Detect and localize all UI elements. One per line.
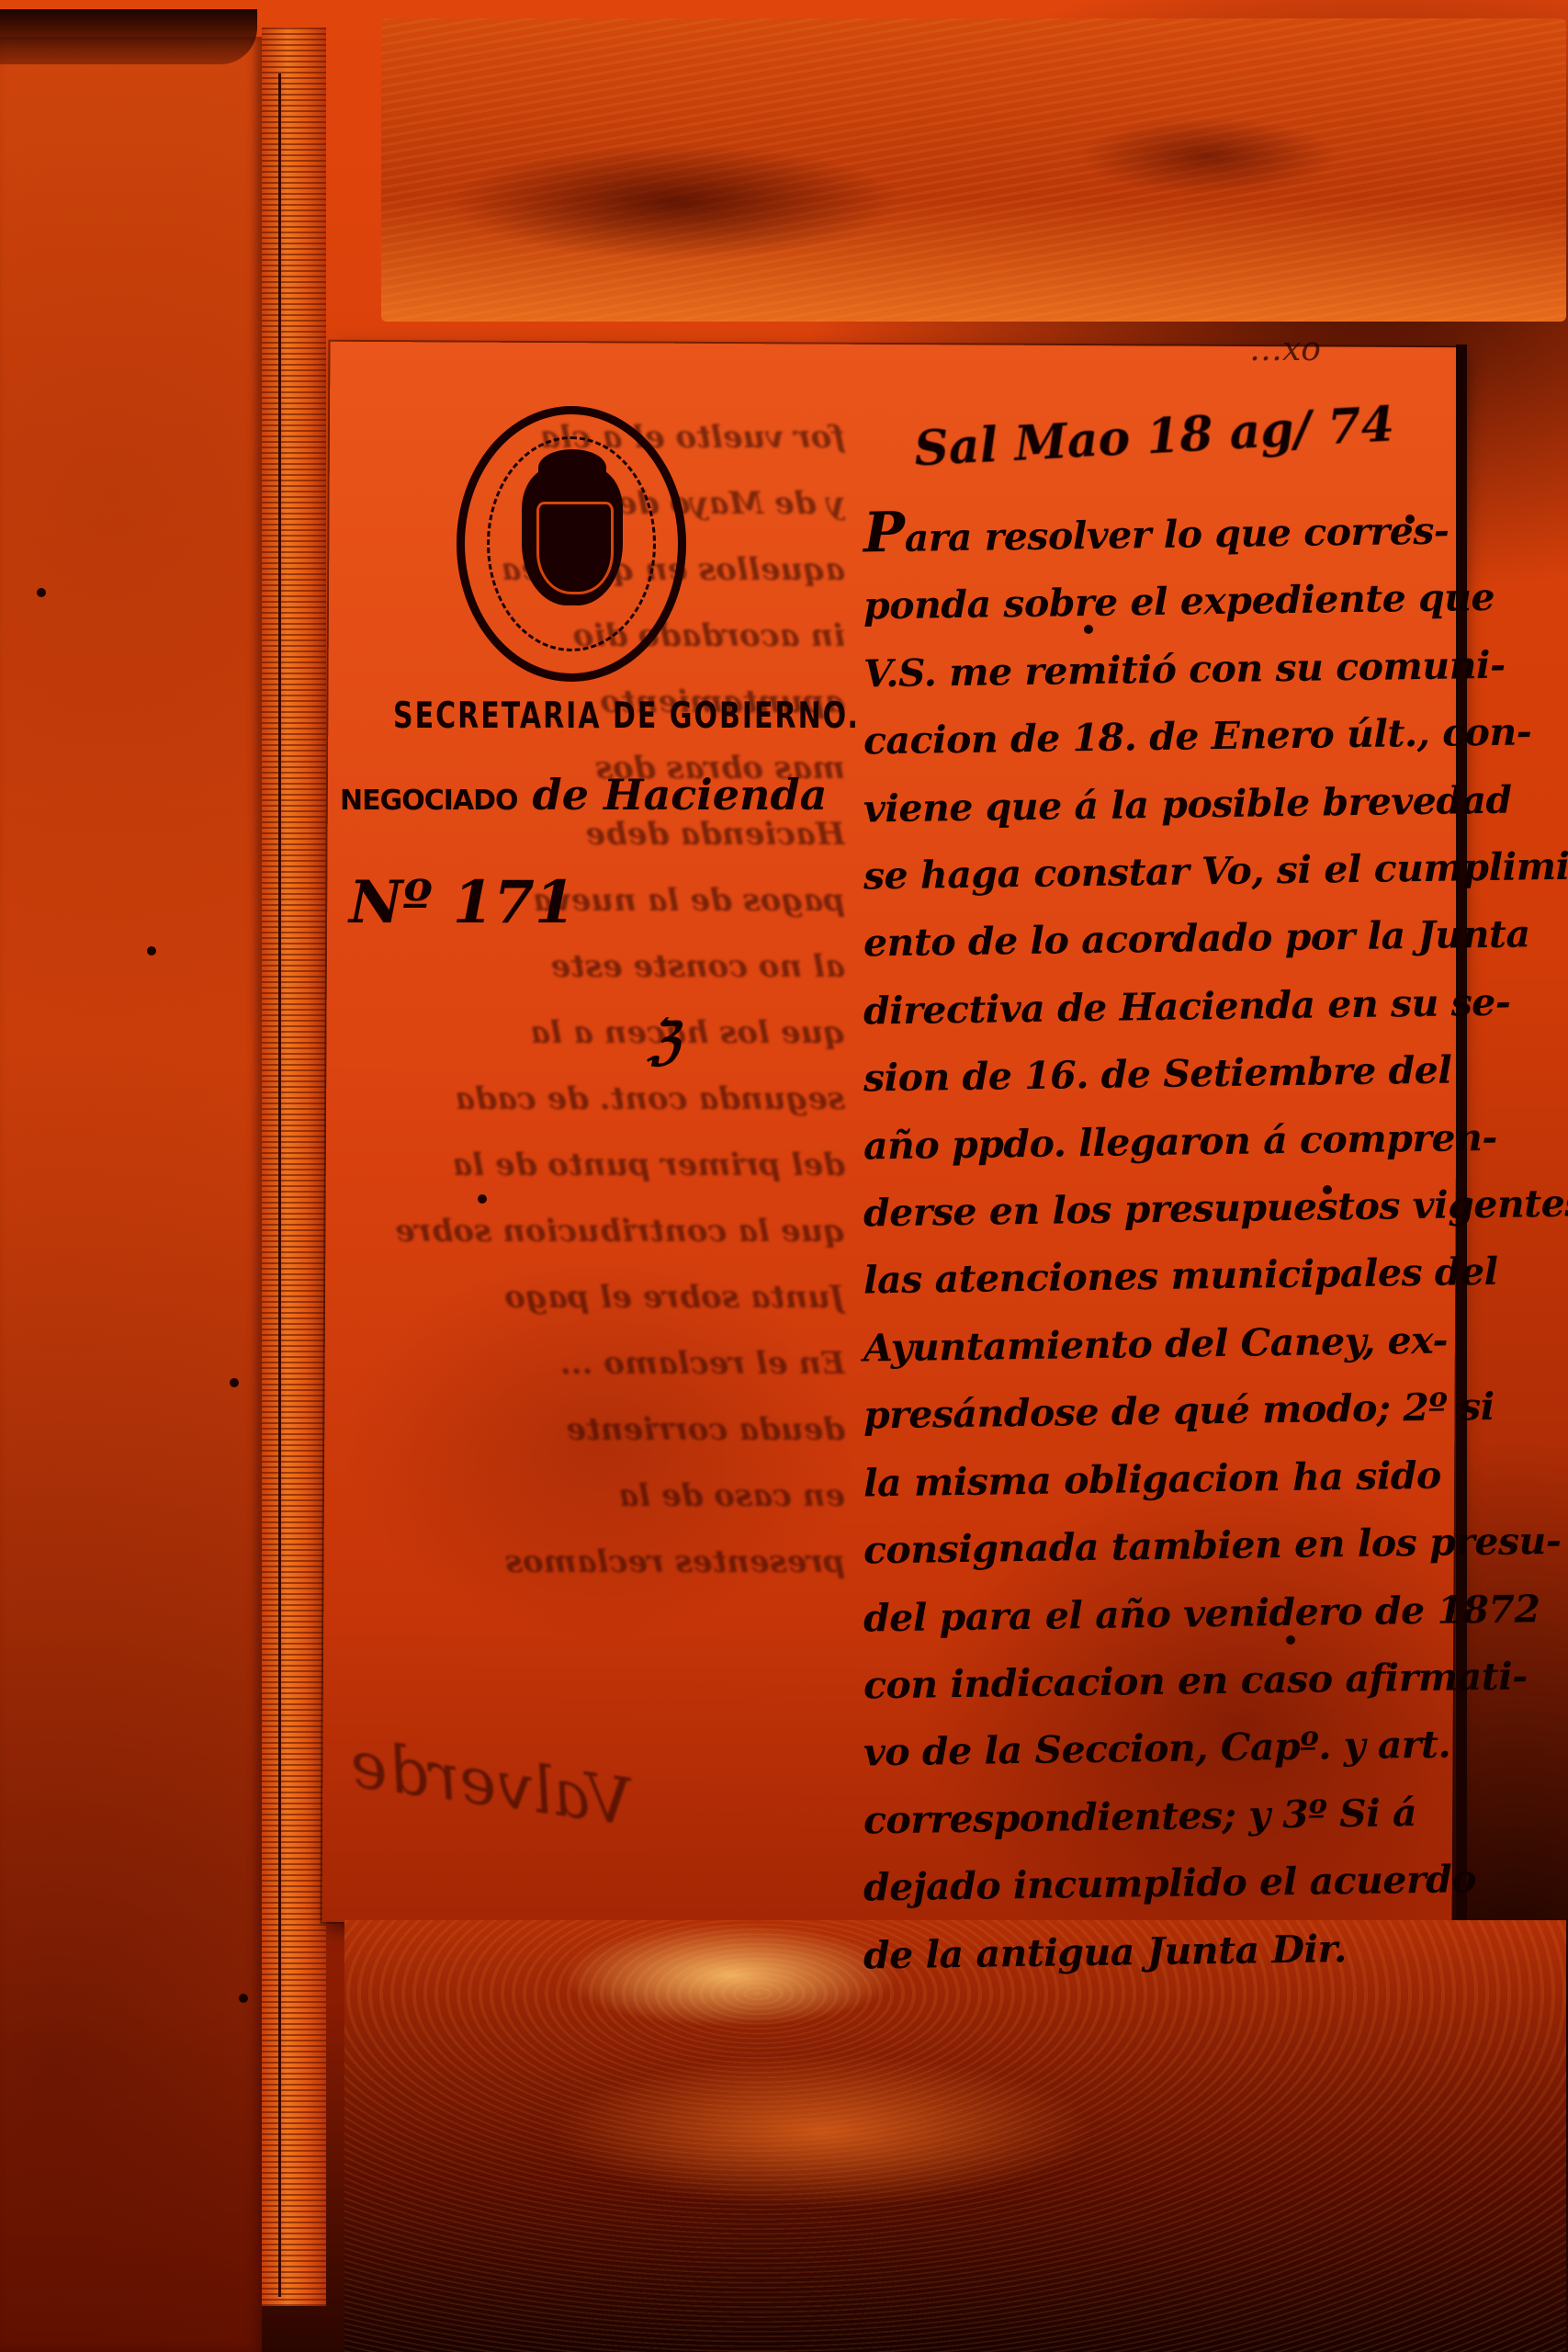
folio-mark: …xo	[1249, 331, 1321, 368]
ink-speck	[230, 1378, 239, 1387]
letter-line: viene que á la posible brevedad	[863, 767, 1452, 842]
letter-line: año ppdo. llegaron á compren-	[863, 1104, 1452, 1180]
bleed-through-line: Junta sobre el pago	[331, 1264, 845, 1330]
ink-speck	[478, 1194, 487, 1204]
letter-line: correspondientes; y 3º Si á	[863, 1779, 1452, 1854]
ink-speck	[1323, 1185, 1332, 1194]
bleed-through-line: segunda cont. de cada	[331, 1066, 845, 1132]
bleed-through-line: en caso de la	[331, 1463, 845, 1529]
record-number: Nº 171	[349, 868, 575, 937]
letter-line: de la antigua Junta Dir.	[863, 1914, 1452, 1989]
shield-icon	[536, 502, 614, 594]
ink-speck	[1286, 1635, 1295, 1645]
bleed-through-line: que los hacen a la	[331, 1000, 845, 1066]
letter-line: directiva de Hacienda en su se-	[863, 969, 1452, 1045]
department-name: de Hacienda	[533, 770, 828, 820]
ink-speck	[147, 946, 156, 955]
letter-line: con indicacion en caso afirmati-	[863, 1644, 1452, 1719]
letter-line: ento de lo acordado por la Junta	[863, 902, 1452, 978]
ink-speck	[239, 1994, 248, 2003]
letter-line: se haga constar Vo, si el cumplimi-	[863, 835, 1452, 910]
letter-line: cacion de 18. de Enero últ., con-	[863, 700, 1452, 775]
letter-line: consignada tambien en los presu-	[863, 1510, 1452, 1585]
bleed-through-line: deuda corriente	[331, 1396, 845, 1463]
letter-line: del para el año venidero de 1872	[863, 1577, 1452, 1652]
bleed-through-line: presentes reclamos	[331, 1529, 845, 1595]
margin-mark: ℨ	[648, 1011, 680, 1071]
letter-line: las atenciones municipales del	[863, 1239, 1452, 1315]
ink-speck	[1405, 514, 1415, 524]
book-spine	[262, 28, 326, 2306]
spine-gutter-line	[278, 73, 281, 2297]
letter-line: Ayuntamiento del Caney, ex-	[863, 1306, 1452, 1382]
bleed-through-line: del primer punto de la	[331, 1132, 845, 1198]
letter-body: Para resolver lo que corres-ponda sobre …	[863, 496, 1451, 1985]
department-prefix: NEGOCIADO	[340, 785, 518, 817]
letterhead: SECRETARIA DE GOBIERNO.	[393, 695, 860, 738]
left-board-shadow	[0, 9, 257, 64]
letter-line: derse en los presupuestos vigentes	[863, 1172, 1452, 1248]
bleed-through-line: En el reclamo ...	[331, 1330, 845, 1396]
letter-line: vo de la Seccion, Capº. y art.	[863, 1712, 1452, 1787]
bleed-through-line: que la contribucion sobre	[331, 1198, 845, 1264]
letter-line: sion de 16. de Setiembre del	[863, 1037, 1452, 1113]
department-heading: NEGOCIADO de Hacienda	[340, 770, 827, 820]
letter-line: V.S. me remitió con su comuni-	[863, 632, 1452, 707]
official-seal	[457, 406, 686, 682]
bleed-through-line: al no conste este	[331, 933, 845, 1000]
letter-line: presándose de qué modo; 2º si	[863, 1374, 1452, 1450]
letter-line: Para resolver lo que corres-	[863, 492, 1451, 573]
letter-line: la misma obligacion ha sido	[863, 1442, 1452, 1517]
top-stained-fold	[381, 18, 1566, 322]
letter-line: ponda sobre el expediente que	[863, 565, 1452, 640]
ink-speck	[1084, 625, 1093, 634]
letter-line: dejado incumplido el acuerdo	[863, 1847, 1452, 1922]
left-cover-board	[0, 37, 262, 2352]
ink-speck	[37, 588, 46, 597]
